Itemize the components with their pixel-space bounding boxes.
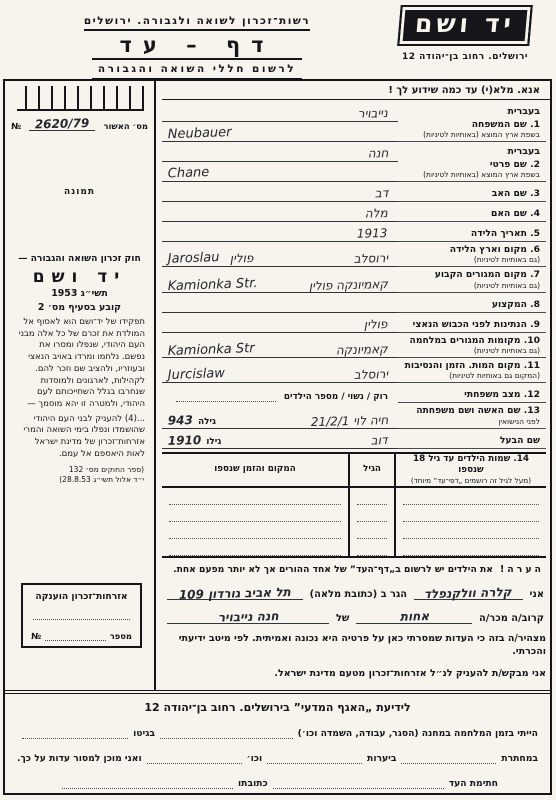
field-label: 3. שם האב	[398, 182, 546, 202]
handwritten-value: נייבויר	[358, 106, 388, 121]
note-text: את הילדים יש לרשום ב„דף־העד” של אחד ההור…	[173, 564, 493, 575]
field-row-birth-date: 5. תאריך הלידה 1913	[162, 222, 546, 242]
field-sub-label: בשפת ארץ המוצא (באותיות לטיניות)	[400, 170, 540, 179]
ghetto-label: בגיטו	[133, 728, 155, 739]
law-title-section: קובע בסעיף מס׳ 2	[14, 302, 145, 313]
field-label: 9. הנתינות לפני הכבוש הנאצי	[398, 313, 546, 333]
field-main-label: 13. שם האשה ושם משפחתה	[400, 405, 540, 416]
field-label: 4. שם האם	[398, 202, 546, 222]
children-table-row	[169, 488, 341, 505]
field-sub-label: (גם באותיות לטיניות)	[400, 255, 540, 264]
witness-signature-blank	[273, 777, 444, 789]
children-place-column: המקום והזמן שנספו	[162, 454, 348, 556]
camp-label: הייתי בזמן המלחמה במחנה (הסגר, עבודה, הש…	[298, 728, 538, 739]
field-row-mother-name: 4. שם האם מלה	[162, 202, 546, 222]
field-row-father-name: 3. שם האב דב	[162, 182, 546, 202]
dotted-line	[176, 390, 276, 402]
children-label: 14. שמות הילדים עד גיל 18 שנספו	[399, 454, 543, 476]
witness-signature-label: חתימת העד	[449, 778, 498, 789]
children-table-row	[357, 505, 387, 522]
side-column: מס׳ האשור 2620/79 № תמונה חוק זכרון השוא…	[5, 81, 154, 690]
approval-number-blank: 2620/79	[29, 115, 95, 131]
handwritten-value-latin: Chane	[168, 165, 210, 181]
fill-instruction: אנא. מלא(י) עד כמה שידוע לך !	[162, 81, 550, 100]
field-row-family-name: בעברית 1. שם המשפחה בשפת ארץ המוצא (באות…	[162, 102, 546, 142]
handwritten-declarant-address: תל אביב גורדון 109	[179, 585, 291, 602]
approval-number-row: מס׳ האשור 2620/79 №	[5, 111, 154, 133]
field-label: 5. תאריך הלידה	[398, 222, 546, 242]
field-main-label: 6. מקום וארץ הלידה	[400, 244, 540, 255]
field-sub-label: בשפת ארץ המוצא (באותיות לטיניות)	[400, 130, 540, 139]
field-sub-label: (המקום גם באותיות לטיניות)	[400, 371, 540, 380]
field-label: 8. המקצוע	[398, 293, 546, 313]
field-label: בעברית 2. שם פרטי בשפת ארץ המוצא (באותיו…	[398, 142, 546, 182]
relation-label: קרוב/ה מכר/ה	[477, 613, 546, 624]
answer-line: נייבויר	[162, 102, 398, 122]
handwritten-value-latin: Jaroslau	[168, 250, 220, 267]
etc-label: וכו׳	[247, 753, 263, 764]
field-row-residence: 7. מקום המגורים הקבוע (גם באותיות לטיניו…	[162, 267, 546, 292]
note-row: הערה! את הילדים יש לרשום ב„דף־העד” של אח…	[164, 564, 544, 575]
field-sub-label: (גם באותיות לטיניות)	[400, 281, 540, 290]
place-column-header: המקום והזמן שנספו	[162, 454, 348, 488]
handwritten-value: קאמיונקה	[336, 342, 388, 357]
answer-line: דוב גילו 1910	[162, 429, 398, 449]
handwritten-approval-number: 2620/79	[35, 116, 90, 131]
declarant-i-label: אני	[528, 589, 546, 600]
age-label: גילה	[198, 417, 216, 427]
photo-placeholder: תמונה	[5, 133, 154, 251]
handwritten-value-latin: Kamionka Str	[168, 341, 255, 359]
logo-address: ירושלים. רחוב בן־יהודה 12	[386, 52, 544, 62]
declarant-address-blank: תל אביב גורדון 109	[167, 584, 303, 600]
handwritten-value-latin: Neubauer	[168, 125, 232, 142]
page-title: דף – עד	[46, 33, 348, 57]
form-body: אנא. מלא(י) עד כמה שידוע לך ! בעברית 1. …	[5, 81, 550, 690]
handwritten-value: מלה	[365, 206, 388, 221]
field-label: 7. מקום המגורים הקבוע (גם באותיות לטיניו…	[398, 267, 546, 292]
relation-blank: אחות	[356, 608, 472, 624]
field-row-profession: 8. המקצוע	[162, 293, 546, 313]
answer-line: מלה	[162, 202, 398, 222]
answer-line: דב	[162, 182, 398, 202]
witness-address-blank	[62, 777, 233, 789]
approval-number-label: מס׳ האשור	[103, 121, 148, 131]
form-box: אנא. מלא(י) עד כמה שידוע לך ! בעברית 1. …	[3, 79, 552, 795]
field-sub-label: (גם באותיות לטיניות)	[400, 346, 540, 355]
citizenship-number-label: מספר	[110, 631, 132, 641]
numero-sign: №	[11, 121, 21, 131]
children-table-row	[169, 539, 341, 556]
law-title-yad-vashem: יד ושם	[14, 267, 145, 287]
handwritten-victim-name: חנה נייבויר	[217, 609, 278, 625]
law-body-text-2: ...(4) להעניק לבני העם היהודי שהושמדו ונ…	[14, 414, 145, 461]
children-table-row	[357, 539, 387, 556]
handwritten-declarant-name: קלרה וולקנפלד	[424, 585, 512, 601]
etc-blank	[147, 752, 242, 764]
declarant-name-blank: קלרה וולקנפלד	[414, 584, 523, 600]
children-table-row	[403, 522, 539, 539]
testimony-page: יד ושם ירושלים. רחוב בן־יהודה 12 רשות־זכ…	[0, 0, 556, 800]
page-header: יד ושם ירושלים. רחוב בן־יהודה 12 רשות־זכ…	[0, 0, 556, 79]
field-row-citizenship: 9. הנתינות לפני הכבוש הנאצי פולין	[162, 313, 546, 333]
children-table-row	[169, 522, 341, 539]
age-column-header: הגיל	[350, 454, 394, 488]
handwritten-value: פולין	[364, 317, 388, 332]
field-label: בעברית 1. שם המשפחה בשפת ארץ המוצא (באות…	[398, 102, 546, 142]
children-table-header: 14. שמות הילדים עד גיל 18 שנספו (מעל לגי…	[396, 454, 546, 488]
underground-line: במחתרת ביערות וכו׳ ואני מוכן למסור עדות …	[17, 752, 538, 764]
handwritten-age: 943	[168, 413, 193, 428]
answer-line: Chane	[162, 162, 398, 182]
handwritten-value: חנה	[367, 146, 388, 161]
field-main-label: 11. מקום המות. הזמן והנסיבות	[400, 360, 540, 371]
handwritten-relation: אחות	[399, 609, 429, 624]
witness-address-label: כתובתו	[238, 778, 268, 789]
citizenship-granted-title: אזרחות־זכרון הוענקה	[31, 591, 132, 602]
field-main-label: 10. מקומות המגורים במלחמה	[400, 335, 540, 346]
children-table-row	[169, 505, 341, 522]
field-main-label: 1. שם המשפחה	[400, 119, 540, 130]
field-row-marital-status: 12. מצב משפחתי רוק / נשוי / מספר הילדים	[162, 383, 546, 403]
law-body-text: תפקידו של יד־ושם הוא לאסוף אל המולדת את …	[14, 317, 145, 411]
law-title-line1: חוק זכרון השואה והגבורה —	[14, 253, 145, 264]
field-row-wartime-residence: 10. מקומות המגורים במלחמה (גם באותיות לט…	[162, 333, 546, 358]
children-names-column: 14. שמות הילדים עד גיל 18 שנספו (מעל לגי…	[394, 454, 546, 556]
answer-line: חיה לוי 21/2/1 גילה 943	[162, 409, 398, 429]
forests-label: ביערות	[367, 753, 396, 764]
answer-line: קאמיונקה פולין Kamionka Str.	[162, 273, 398, 293]
scientific-branch-title: לידיעת „האגף המדעי” בירושלים. רחוב בן־יה…	[17, 701, 538, 714]
field-label: 11. מקום המות. הזמן והנסיבות (המקום גם ב…	[398, 358, 546, 383]
field-label: 12. מצב משפחתי	[398, 383, 546, 403]
answer-line	[162, 293, 398, 313]
witness-signature-line: חתימת העד כתובתו	[17, 777, 538, 789]
camp-blank	[160, 727, 293, 739]
citizenship-number-row: מספר №	[31, 630, 132, 641]
field-label: 13. שם האשה ושם משפחתה לפני הנישואין	[398, 403, 546, 428]
answer-line: רוק / נשוי / מספר הילדים	[162, 383, 398, 403]
note-label: הערה!	[500, 564, 544, 575]
photo-label: תמונה	[64, 187, 95, 197]
law-reference-line1: (ספר החוקים מס׳ 132	[69, 465, 144, 474]
dotted-line	[45, 630, 106, 641]
forests-blank	[267, 752, 362, 764]
fields-column: אנא. מלא(י) עד כמה שידוע לך ! בעברית 1. …	[154, 81, 550, 690]
marital-options: רוק / נשוי / מספר הילדים	[284, 392, 388, 402]
handwritten-value: 1913	[357, 226, 388, 241]
camp-line: הייתי בזמן המלחמה במחנה (הסגר, עבודה, הש…	[17, 727, 538, 739]
age-label: גילו	[206, 437, 221, 447]
dotted-line	[33, 605, 130, 620]
relation-of-blank: חנה נייבויר	[167, 608, 329, 624]
children-table-row	[357, 488, 387, 505]
answer-line: ירוסלב פולין Jaroslau	[162, 247, 398, 267]
handwritten-value-latin: Kamionka Str.	[168, 276, 258, 294]
answer-line: ירוסלב Jurcislaw	[162, 363, 398, 383]
field-label: 6. מקום וארץ הלידה (גם באותיות לטיניות)	[398, 242, 546, 267]
field-main-label: 7. מקום המגורים הקבוע	[400, 269, 540, 280]
field-label: שם הבעל	[398, 429, 546, 449]
law-box: חוק זכרון השואה והגבורה — יד ושם תשי״ג 1…	[5, 251, 154, 461]
answer-line: Neubauer	[162, 122, 398, 142]
title-block: רשות־זכרון לשואה ולגבורה. ירושלים דף – ע…	[46, 9, 348, 80]
answer-line: פולין	[162, 313, 398, 333]
underground-label: במחתרת	[501, 753, 538, 764]
handwritten-value: חיה לוי 21/2/1	[310, 413, 388, 429]
law-reference-line2: י״ד אלול תשי״ג 28.8.53)	[59, 475, 144, 484]
handwritten-value: דב	[374, 186, 388, 200]
citizenship-granted-box: אזרחות־זכרון הוענקה מספר №	[21, 583, 142, 648]
relation-line: קרוב/ה מכר/ה אחות של חנה נייבויר	[162, 608, 546, 624]
field-row-birth-place: 6. מקום וארץ הלידה (גם באותיות לטיניות) …	[162, 242, 546, 267]
yad-vashem-logo: יד ושם	[397, 5, 532, 46]
citizenship-request: אני מבקש/ת להעניק לנ״ל אזרחות־זכרון מטעם…	[162, 668, 546, 679]
ghetto-blank	[22, 727, 128, 739]
answer-line: 1913	[162, 222, 398, 242]
field-main-label: 2. שם פרטי	[400, 159, 540, 170]
handwritten-country: פולין	[229, 251, 253, 266]
scientific-branch-section: לידיעת „האגף המדעי” בירושלים. רחוב בן־יה…	[5, 690, 550, 793]
field-sub-label: לפני הנישואין	[400, 417, 540, 426]
willing-to-testify-text: ואני מוכן למסור עדות על כך.	[17, 753, 142, 764]
field-pre-label: בעברית	[400, 146, 540, 157]
logo-block: יד ושם ירושלים. רחוב בן־יהודה 12	[386, 5, 544, 62]
handwritten-value: ירוסלב	[353, 367, 388, 382]
children-table-row	[357, 522, 387, 539]
underground-blank	[401, 752, 496, 764]
law-reference: (ספר החוקים מס׳ 132 י״ד אלול תשי״ג 28.8.…	[5, 461, 154, 486]
page-subtitle: לרשום חללי השואה והגבורה	[92, 58, 302, 80]
field-row-first-name: בעברית 2. שם פרטי בשפת ארץ המוצא (באותיו…	[162, 142, 546, 182]
relation-of-label: של	[334, 613, 351, 624]
field-row-place-of-death: 11. מקום המות. הזמן והנסיבות (המקום גם ב…	[162, 358, 546, 383]
field-row-husband-name: שם הבעל דוב גילו 1910	[162, 429, 546, 449]
registration-ruler	[17, 86, 144, 111]
children-sub-label: (מעל לגיל זה רושמים „דפי־עד” מיוחד)	[399, 476, 543, 485]
declarant-line: אני קלרה וולקנפלד הגר ב (כתובת מלאה) תל …	[162, 584, 546, 600]
field-row-wife-name: 13. שם האשה ושם משפחתה לפני הנישואין חיה…	[162, 403, 546, 428]
children-age-column: הגיל	[348, 454, 394, 556]
law-title-year: תשי״ג 1953	[14, 288, 145, 299]
answer-line: חנה	[162, 142, 398, 162]
declarant-address-label: הגר ב (כתובת מלאה)	[308, 589, 409, 600]
children-table-row	[403, 505, 539, 522]
field-label: 10. מקומות המגורים במלחמה (גם באותיות לט…	[398, 333, 546, 358]
declaration-statement: מצהיר/ה בזה כי העדות שמסרתי כאן על פרטיה…	[162, 632, 546, 659]
handwritten-value-latin: Jurcislaw	[168, 366, 226, 383]
org-line: רשות־זכרון לשואה ולגבורה. ירושלים	[84, 15, 310, 31]
handwritten-value: דוב	[371, 433, 388, 447]
children-table: 14. שמות הילדים עד גיל 18 שנספו (מעל לגי…	[162, 452, 546, 558]
children-table-row	[403, 539, 539, 556]
children-table-row	[403, 488, 539, 505]
field-pre-label: בעברית	[400, 106, 540, 117]
handwritten-value: ירוסלב	[353, 251, 388, 266]
handwritten-value: קאמיונקה פולין	[309, 277, 388, 293]
handwritten-age: 1910	[168, 433, 202, 448]
answer-line: קאמיונקה Kamionka Str	[162, 338, 398, 358]
numero-sign: №	[31, 631, 41, 641]
